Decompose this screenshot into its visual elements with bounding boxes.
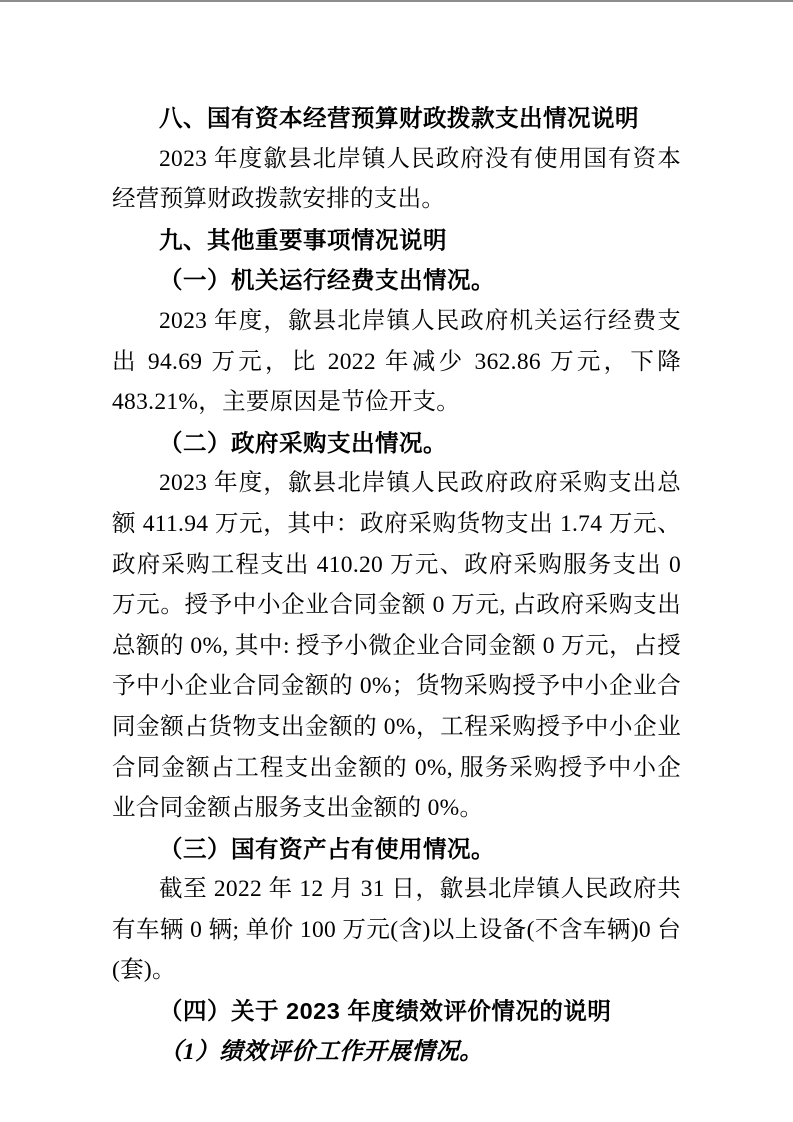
paragraph-agency-operating-expense: 2023 年度，歙县北岸镇人民政府机关运行经费支出 94.69 万元，比 202… [112,301,681,423]
paragraph-state-assets-usage: 截至 2022 年 12 月 31 日，歙县北岸镇人民政府共有车辆 0 辆; 单… [112,869,681,991]
heading-item-1-agency-operating-expense: （一）机关运行经费支出情况。 [112,260,681,301]
heading-item-3-state-assets-usage: （三）国有资产占有使用情况。 [112,829,681,870]
heading-item-4-performance-evaluation: （四）关于 2023 年度绩效评价情况的说明 [112,991,681,1032]
paragraph-government-procurement: 2023 年度，歙县北岸镇人民政府政府采购支出总额 411.94 万元，其中：政… [112,463,681,828]
heading-performance-evaluation-work: （1）绩效评价工作开展情况。 [112,1032,681,1073]
heading-item-2-government-procurement: （二）政府采购支出情况。 [112,423,681,464]
heading-section-8-state-capital-budget: 八、国有资本经营预算财政拨款支出情况说明 [112,98,681,139]
document-page: 八、国有资本经营预算财政拨款支出情况说明 2023 年度歙县北岸镇人民政府没有使… [0,0,793,1122]
heading-section-9-other-important-matters: 九、其他重要事项情况说明 [112,220,681,261]
document-content: 八、国有资本经营预算财政拨款支出情况说明 2023 年度歙县北岸镇人民政府没有使… [112,2,681,1072]
paragraph-state-capital-no-expenditure: 2023 年度歙县北岸镇人民政府没有使用国有资本经营预算财政拨款安排的支出。 [112,139,681,220]
